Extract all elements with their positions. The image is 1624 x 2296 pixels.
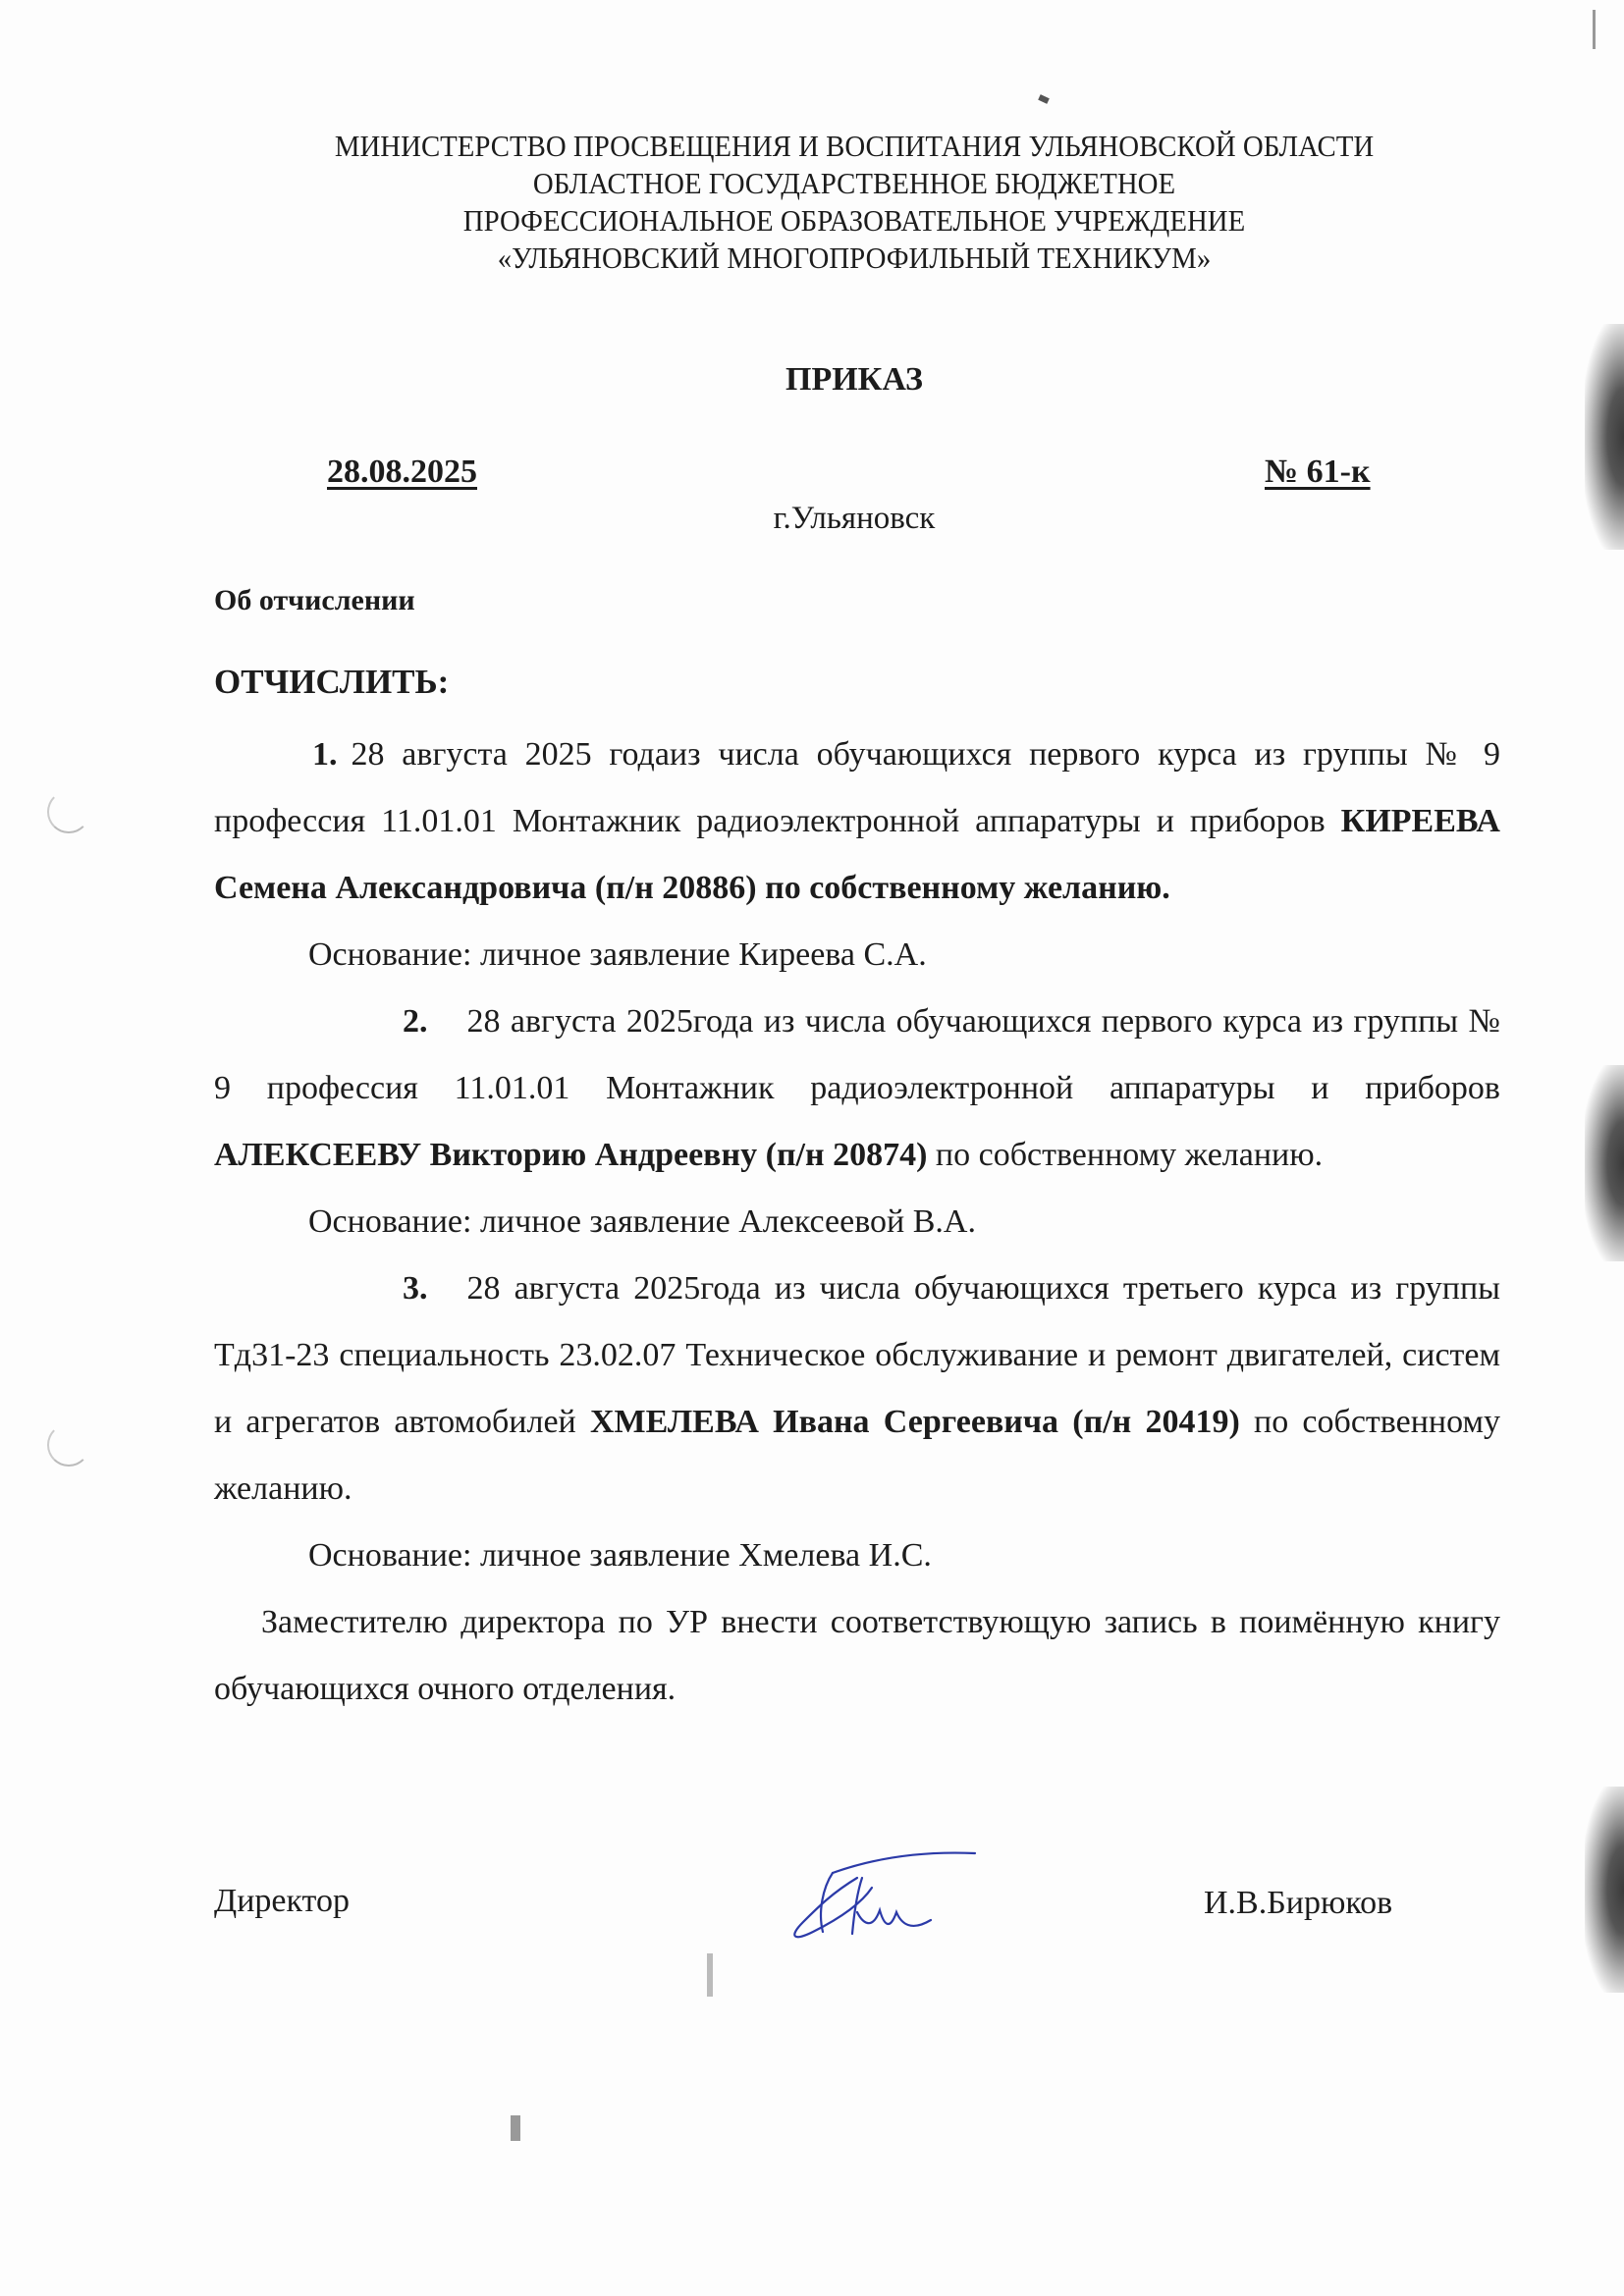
item-number: 2. xyxy=(308,988,428,1055)
punch-hole-mark xyxy=(47,790,90,833)
scan-speck xyxy=(1038,94,1050,104)
signatory-role: Директор xyxy=(214,1883,350,1920)
document-title: ПРИКАЗ xyxy=(0,361,1624,399)
order-directive: ОТЧИСЛИТЬ: xyxy=(214,663,449,702)
order-item-basis: Основание: личное заявление Алексеевой В… xyxy=(214,1189,1500,1255)
scan-edge-shadow xyxy=(1585,324,1624,550)
signatory-name: И.В.Бирюков xyxy=(1204,1885,1392,1922)
header-line-institution-name: «УЛЬЯНОВСКИЙ МНОГОПРОФИЛЬНЫЙ ТЕХНИКУМ» xyxy=(60,240,1624,277)
order-body: 1.28 августа 2025 годаиз числа обучающих… xyxy=(214,721,1500,1723)
item-number: 3. xyxy=(308,1255,428,1322)
scanned-page: МИНИСТЕРСТВО ПРОСВЕЩЕНИЯ И ВОСПИТАНИЯ УЛ… xyxy=(0,0,1624,2296)
header-line-ministry: МИНИСТЕРСТВО ПРОСВЕЩЕНИЯ И ВОСПИТАНИЯ УЛ… xyxy=(60,128,1624,165)
order-item-basis: Основание: личное заявление Хмелева И.С. xyxy=(214,1522,1500,1589)
handwritten-signature-icon xyxy=(764,1834,1000,1971)
scan-speck xyxy=(511,2115,520,2141)
item-number: 1. xyxy=(263,721,338,788)
scan-speck xyxy=(707,1953,713,1997)
student-name: АЛЕКСЕЕВУ Викторию Андреевну (п/н 20874) xyxy=(214,1137,927,1173)
order-item-2: 2.28 августа 2025года из числа обучающих… xyxy=(214,988,1500,1189)
scan-edge-shadow xyxy=(1585,1787,1624,1993)
punch-hole-mark xyxy=(47,1423,90,1467)
signature-block: Директор И.В.Бирюков xyxy=(214,1873,1412,1951)
order-city: г.Ульяновск xyxy=(0,501,1624,537)
order-date: 28.08.2025 xyxy=(327,454,477,491)
item-text: 28 августа 2025 годаиз числа обучающихся… xyxy=(214,736,1500,839)
header-line-institution-kind: ПРОФЕССИОНАЛЬНОЕ ОБРАЗОВАТЕЛЬНОЕ УЧРЕЖДЕ… xyxy=(60,202,1624,240)
item-reason: по собственному желанию. xyxy=(927,1137,1323,1173)
scan-edge-shadow xyxy=(1585,1065,1624,1261)
order-item-1: 1.28 августа 2025 годаиз числа обучающих… xyxy=(214,721,1500,922)
student-name: ХМЕЛЕВА Ивана Сергеевича (п/н 20419) xyxy=(590,1404,1240,1440)
order-number: № 61-к xyxy=(1265,454,1371,491)
item-reason: по собственному желанию. xyxy=(757,870,1170,906)
header-line-institution-type: ОБЛАСТНОЕ ГОСУДАРСТВЕННОЕ БЮДЖЕТНОЕ xyxy=(60,165,1624,202)
order-subject: Об отчислении xyxy=(214,584,415,617)
order-item-3: 3.28 августа 2025года из числа обучающих… xyxy=(214,1255,1500,1522)
organization-header: МИНИСТЕРСТВО ПРОСВЕЩЕНИЯ И ВОСПИТАНИЯ УЛ… xyxy=(0,128,1624,277)
order-item-basis: Основание: личное заявление Киреева С.А. xyxy=(214,922,1500,988)
closing-instruction: Заместителю директора по УР внести соотв… xyxy=(214,1589,1500,1723)
scan-speck xyxy=(1593,10,1596,49)
